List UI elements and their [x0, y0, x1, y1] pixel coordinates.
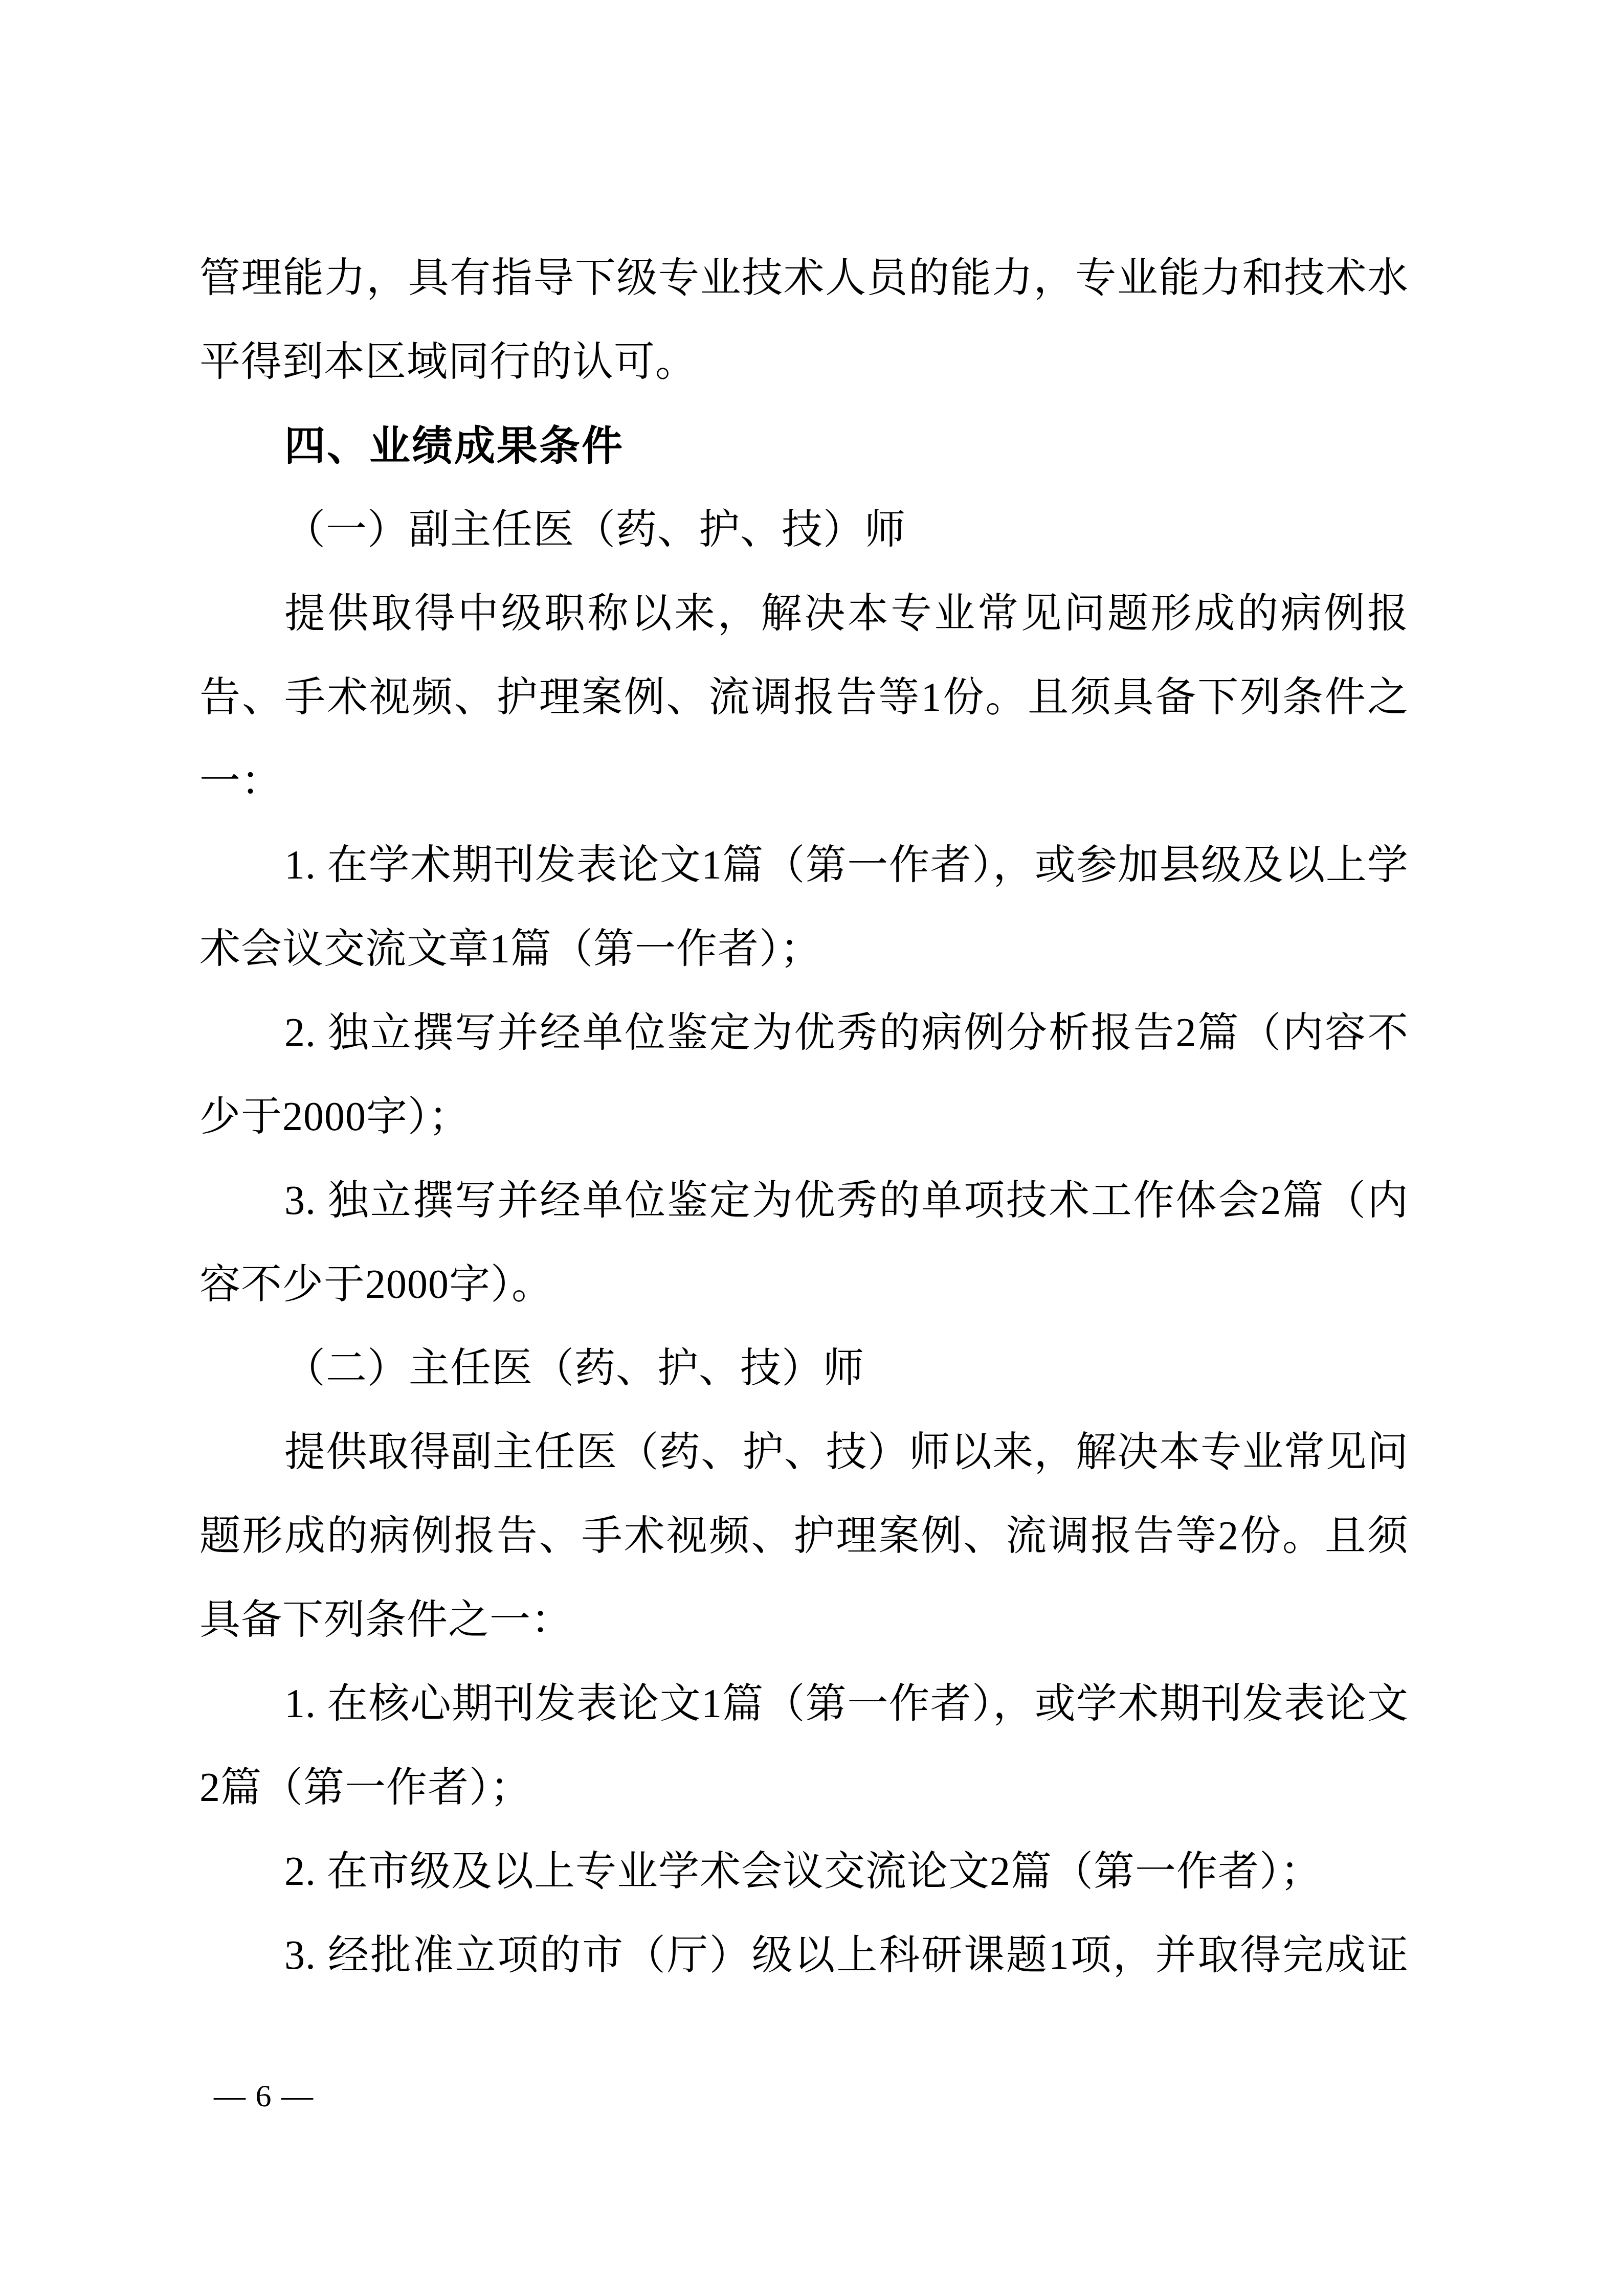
- list-item-line: 2. 在市级及以上专业学术会议交流论文2篇（第一作者）；: [199, 1830, 1409, 1914]
- text-line: 管理能力，具有指导下级专业技术人员的能力，专业能力和技术水: [199, 236, 1409, 320]
- text-line: 告、手术视频、护理案例、流调报告等1份。且须具备下列条件之: [199, 656, 1409, 739]
- list-item-line: 3. 经批准立项的市（厅）级以上科研课题1项，并取得完成证: [199, 1914, 1409, 1997]
- text-line: 少于2000字）；: [199, 1075, 1409, 1159]
- text-line: 容不少于2000字）。: [199, 1243, 1409, 1326]
- list-item-line: 3. 独立撰写并经单位鉴定为优秀的单项技术工作体会2篇（内: [199, 1159, 1409, 1243]
- text-line: 2篇（第一作者）；: [199, 1746, 1409, 1830]
- list-item-line: 1. 在学术期刊发表论文1篇（第一作者），或参加县级及以上学: [199, 823, 1409, 907]
- subsection-heading: （二）主任医（药、护、技）师: [199, 1326, 1409, 1410]
- list-item-line: 2. 独立撰写并经单位鉴定为优秀的病例分析报告2篇（内容不: [199, 991, 1409, 1075]
- text-line: 题形成的病例报告、手术视频、护理案例、流调报告等2份。且须: [199, 1494, 1409, 1578]
- text-line: 平得到本区域同行的认可。: [199, 320, 1409, 404]
- subsection-heading: （一）副主任医（药、护、技）师: [199, 488, 1409, 572]
- document-body: 管理能力，具有指导下级专业技术人员的能力，专业能力和技术水 平得到本区域同行的认…: [199, 236, 1409, 1997]
- list-item-line: 1. 在核心期刊发表论文1篇（第一作者），或学术期刊发表论文: [199, 1662, 1409, 1746]
- text-line: 一：: [199, 739, 1409, 823]
- page-number: — 6 —: [214, 2080, 314, 2112]
- text-line: 提供取得副主任医（药、护、技）师以来，解决本专业常见问: [199, 1410, 1409, 1494]
- text-line: 提供取得中级职称以来，解决本专业常见问题形成的病例报: [199, 572, 1409, 656]
- text-line: 具备下列条件之一：: [199, 1578, 1409, 1662]
- text-line: 术会议交流文章1篇（第一作者）；: [199, 907, 1409, 991]
- document-page: 管理能力，具有指导下级专业技术人员的能力，专业能力和技术水 平得到本区域同行的认…: [0, 0, 1624, 2296]
- section-heading: 四、业绩成果条件: [199, 404, 1409, 488]
